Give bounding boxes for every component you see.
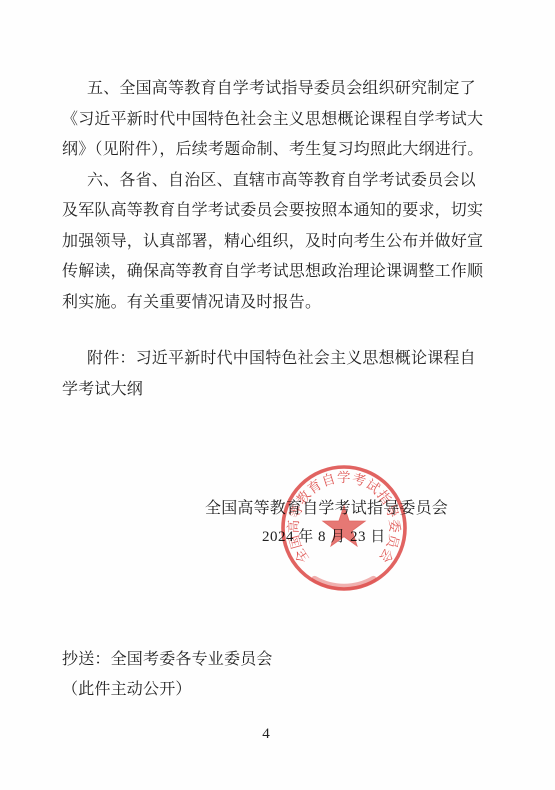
document-page: 五、全国高等教育自学考试指导委员会组织研究制定了 《习近平新时代中国特色社会主义… <box>0 0 555 790</box>
paragraph-five: 五、全国高等教育自学考试指导委员会组织研究制定了 《习近平新时代中国特色社会主义… <box>62 74 492 166</box>
cc-line: 抄送：全国考委各专业委员会 <box>62 645 273 675</box>
footer-block: 抄送：全国考委各专业委员会 （此件主动公开） <box>62 645 273 705</box>
page-number: 4 <box>0 726 532 743</box>
star-icon <box>323 506 365 546</box>
disclosure-note: （此件主动公开） <box>62 675 273 705</box>
document-body: 五、全国高等教育自学考试指导委员会组织研究制定了 《习近平新时代中国特色社会主义… <box>62 74 492 405</box>
attachment-note: 附件：习近平新时代中国特色社会主义思想概论课程自 学考试大纲 <box>62 344 492 405</box>
seal-rim-smudge <box>315 579 374 587</box>
official-seal: 全国高等教育自学考试指导委员会 <box>269 453 419 603</box>
paragraph-six: 六、各省、自治区、直辖市高等教育自学考试委员会以 及军队高等教育自学考试委员会要… <box>62 166 492 319</box>
